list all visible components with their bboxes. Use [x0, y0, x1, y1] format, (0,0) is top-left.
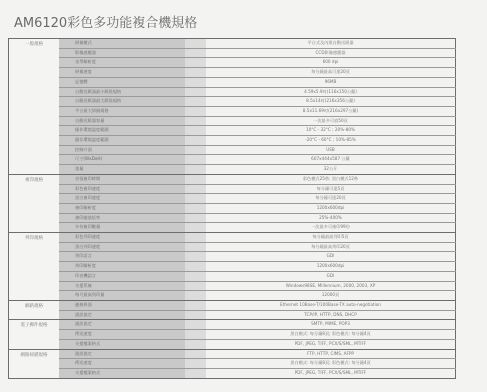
- shade-divider: [185, 291, 206, 301]
- table-row: 平台最大掃描規格8.5x11.69吋(216x297公釐): [9, 106, 456, 116]
- shade-divider: [185, 145, 206, 155]
- shade-divider: [185, 252, 206, 262]
- spec-value: 一次最多可放50頁: [206, 116, 456, 126]
- spec-value: 每分鐘可達20頁: [206, 194, 456, 204]
- category-cell: 複印規格: [9, 174, 60, 232]
- shade-divider: [185, 320, 206, 330]
- shade-divider: [185, 300, 206, 310]
- table-row: 支援檔案格式PDF, JPEG, TIFF, PCX/S/SML, MTIFF: [9, 368, 456, 378]
- spec-value: CCD影像感應器: [206, 48, 456, 58]
- table-row: 傳送速度黑白模式: 每分鐘8頁; 彩色模式: 每分鐘4頁: [9, 359, 456, 369]
- shade-divider: [185, 271, 206, 281]
- category-cell: 電子郵件規格: [9, 320, 60, 349]
- table-row: 自動送紙器最大紙張規格8.5x14吋(216x356公釐): [9, 97, 456, 107]
- shade-divider: [185, 262, 206, 272]
- spec-value: 8.5x11.69吋(216x297公釐): [206, 106, 456, 116]
- spec-label: 掃描速度: [59, 68, 185, 78]
- spec-value: 每分鐘最高列印5頁: [206, 233, 456, 243]
- spec-value: 1200x600dpi: [206, 203, 456, 213]
- spec-value: 12000頁: [206, 291, 456, 301]
- shade-divider: [185, 174, 206, 184]
- spec-value: 4.59x5.9吋(116x150公釐): [206, 87, 456, 97]
- spec-label: 複印縮放倍率: [59, 213, 185, 223]
- table-row: 複印規格首張複印時間彩色模式25秒; 黑白模式12秒: [9, 174, 456, 184]
- spec-value: 1200x600dpi: [206, 262, 456, 272]
- shade-divider: [185, 68, 206, 78]
- table-row: 印表機語言GDI: [9, 271, 456, 281]
- table-row: 複印縮放倍率25%-400%: [9, 213, 456, 223]
- spec-label: 黑白複印速度: [59, 194, 185, 204]
- spec-label: 彩色列印速度: [59, 233, 185, 243]
- shade-divider: [185, 194, 206, 204]
- spec-value: 每分鐘可達5頁: [206, 184, 456, 194]
- table-row: 重量32公斤: [9, 165, 456, 175]
- spec-label: 掃描模式: [59, 39, 185, 49]
- spec-value: 每分鐘最高可達20頁: [206, 68, 456, 78]
- spec-value: -20°C - 60°C ; 10%-85%: [206, 136, 456, 146]
- table-row: 每月最高列印量12000頁: [9, 291, 456, 301]
- spec-label: 儲存環境溫度範圍: [59, 136, 185, 146]
- shade-divider: [185, 349, 206, 359]
- spec-value: TCP/IP, HTTP, DNS, DHCP: [206, 310, 456, 320]
- table-row: 儲存環境溫度範圍-20°C - 60°C ; 10%-85%: [9, 136, 456, 146]
- shade-divider: [185, 58, 206, 68]
- table-row: 黑白列印速度每分鐘最高列印20頁: [9, 242, 456, 252]
- category-cell: 列印規格: [9, 233, 60, 301]
- spec-value: 600 dpi: [206, 58, 456, 68]
- table-row: 電子郵件規格通訊協定SMTP, MIME, POP3: [9, 320, 456, 330]
- spec-value: 一次最多可複印99份: [206, 223, 456, 233]
- shade-divider: [185, 155, 206, 165]
- spec-label: 連接界面: [59, 300, 185, 310]
- spec-value: 彩色模式25秒; 黑白模式12秒: [206, 174, 456, 184]
- spec-value: 黑白模式: 每分鐘8頁; 彩色模式: 每分鐘4頁: [206, 359, 456, 369]
- shade-divider: [185, 368, 206, 378]
- table-row: 支援檔案格式PDF, JPEG, TIFF, PCX/S/SML, MTIFF: [9, 339, 456, 349]
- table-row: 彩色複印速度每分鐘可達5頁: [9, 184, 456, 194]
- shade-divider: [185, 184, 206, 194]
- shade-divider: [185, 165, 206, 175]
- spec-label: 傳送速度: [59, 359, 185, 369]
- shade-divider: [185, 136, 206, 146]
- spec-label: 彩色複印速度: [59, 184, 185, 194]
- spec-label: 自動送紙器最大紙張規格: [59, 97, 185, 107]
- spec-label: 列印語言: [59, 252, 185, 262]
- spec-label: 通訊協定: [59, 349, 185, 359]
- table-row: 記憶體96MB: [9, 77, 456, 87]
- spec-label: 平台最大掃描規格: [59, 106, 185, 116]
- spec-value: 平台式及內建自動送紙器: [206, 39, 456, 49]
- spec-value: PDF, JPEG, TIFF, PCX/S/SML, MTIFF: [206, 368, 456, 378]
- shade-divider: [185, 223, 206, 233]
- spec-label: 操作環境溫度範圍: [59, 126, 185, 136]
- table-row: 尺寸(WxDxH)607x444x587 公釐: [9, 155, 456, 165]
- shade-divider: [185, 106, 206, 116]
- spec-value: 8.5x14吋(216x356公釐): [206, 97, 456, 107]
- shade-divider: [185, 330, 206, 340]
- spec-value: Ethernet 10Base-T/100Base-TX auto-negoti…: [206, 300, 456, 310]
- spec-value: 607x444x587 公釐: [206, 155, 456, 165]
- spec-label: 傳送速度: [59, 330, 185, 340]
- table-row: 支援系統Windows98SE, Millennium, 2000, 2003,…: [9, 281, 456, 291]
- shade-divider: [185, 116, 206, 126]
- shade-divider: [185, 39, 206, 49]
- spec-label: 印表機語言: [59, 271, 185, 281]
- spec-label: 記憶體: [59, 77, 185, 87]
- table-row: 光學解析度600 dpi: [9, 58, 456, 68]
- shade-divider: [185, 233, 206, 243]
- table-row: 傳送速度黑白模式: 每分鐘8頁; 彩色模式: 每分鐘4頁: [9, 330, 456, 340]
- spec-label: 列印解析度: [59, 262, 185, 272]
- spec-label: 支援系統: [59, 281, 185, 291]
- spec-value: PDF, JPEG, TIFF, PCX/S/SML, MTIFF: [206, 339, 456, 349]
- spec-label: 控制介面: [59, 145, 185, 155]
- shade-divider: [185, 203, 206, 213]
- spec-label: 光學解析度: [59, 58, 185, 68]
- spec-label: 每月最高列印量: [59, 291, 185, 301]
- spec-value: FTP, HTTP, CIMS, AFPP: [206, 349, 456, 359]
- category-cell: 一般規格: [9, 39, 60, 175]
- shade-divider: [185, 310, 206, 320]
- spec-value: GDI: [206, 252, 456, 262]
- shade-divider: [185, 359, 206, 369]
- spec-table: 一般規格掃描模式平台式及內建自動送紙器影像感應器CCD影像感應器光學解析度600…: [8, 38, 456, 379]
- spec-label: 多份複印數量: [59, 223, 185, 233]
- spec-label: 首張複印時間: [59, 174, 185, 184]
- table-row: 列印語言GDI: [9, 252, 456, 262]
- spec-value: 10°C - 32°C ; 20%-80%: [206, 126, 456, 136]
- shade-divider: [185, 242, 206, 252]
- spec-value: 25%-400%: [206, 213, 456, 223]
- spec-value: Windows98SE, Millennium, 2000, 2003, XP: [206, 281, 456, 291]
- spec-value: SMTP, MIME, POP3: [206, 320, 456, 330]
- spec-label: 影像感應器: [59, 48, 185, 58]
- spec-value: 32公斤: [206, 165, 456, 175]
- shade-divider: [185, 87, 206, 97]
- spec-value: 黑白模式: 每分鐘8頁; 彩色模式: 每分鐘4頁: [206, 330, 456, 340]
- spec-label: 自動送紙器容量: [59, 116, 185, 126]
- shade-divider: [185, 126, 206, 136]
- spec-value: USB: [206, 145, 456, 155]
- spec-label: 支援檔案格式: [59, 339, 185, 349]
- shade-divider: [185, 213, 206, 223]
- spec-value: 每分鐘最高列印20頁: [206, 242, 456, 252]
- table-row: 列印規格彩色列印速度每分鐘最高列印5頁: [9, 233, 456, 243]
- table-row: 網路掃描規格通訊協定FTP, HTTP, CIMS, AFPP: [9, 349, 456, 359]
- spec-label: 黑白列印速度: [59, 242, 185, 252]
- shade-divider: [185, 48, 206, 58]
- table-row: 自動送紙器容量一次最多可放50頁: [9, 116, 456, 126]
- spec-label: 通訊協定: [59, 310, 185, 320]
- table-row: 一般規格掃描模式平台式及內建自動送紙器: [9, 39, 456, 49]
- table-row: 控制介面USB: [9, 145, 456, 155]
- table-row: 通訊協定TCP/IP, HTTP, DNS, DHCP: [9, 310, 456, 320]
- spec-value: 96MB: [206, 77, 456, 87]
- shade-divider: [185, 97, 206, 107]
- table-row: 影像感應器CCD影像感應器: [9, 48, 456, 58]
- spec-label: 自動送紙器最小紙張規格: [59, 87, 185, 97]
- shade-divider: [185, 77, 206, 87]
- table-row: 掃描速度每分鐘最高可達20頁: [9, 68, 456, 78]
- spec-label: 支援檔案格式: [59, 368, 185, 378]
- table-row: 自動送紙器最小紙張規格4.59x5.9吋(116x150公釐): [9, 87, 456, 97]
- table-row: 複印解析度1200x600dpi: [9, 203, 456, 213]
- table-row: 黑白複印速度每分鐘可達20頁: [9, 194, 456, 204]
- table-row: 列印解析度1200x600dpi: [9, 262, 456, 272]
- page-title: AM6120彩色多功能複合機規格: [14, 12, 197, 31]
- shade-divider: [185, 281, 206, 291]
- table-row: 網路規格連接界面Ethernet 10Base-T/100Base-TX aut…: [9, 300, 456, 310]
- spec-label: 通訊協定: [59, 320, 185, 330]
- table-row: 多份複印數量一次最多可複印99份: [9, 223, 456, 233]
- spec-label: 尺寸(WxDxH): [59, 155, 185, 165]
- category-cell: 網路掃描規格: [9, 349, 60, 378]
- spec-label: 複印解析度: [59, 203, 185, 213]
- table-row: 操作環境溫度範圍10°C - 32°C ; 20%-80%: [9, 126, 456, 136]
- shade-divider: [185, 339, 206, 349]
- spec-value: GDI: [206, 271, 456, 281]
- spec-label: 重量: [59, 165, 185, 175]
- category-cell: 網路規格: [9, 300, 60, 319]
